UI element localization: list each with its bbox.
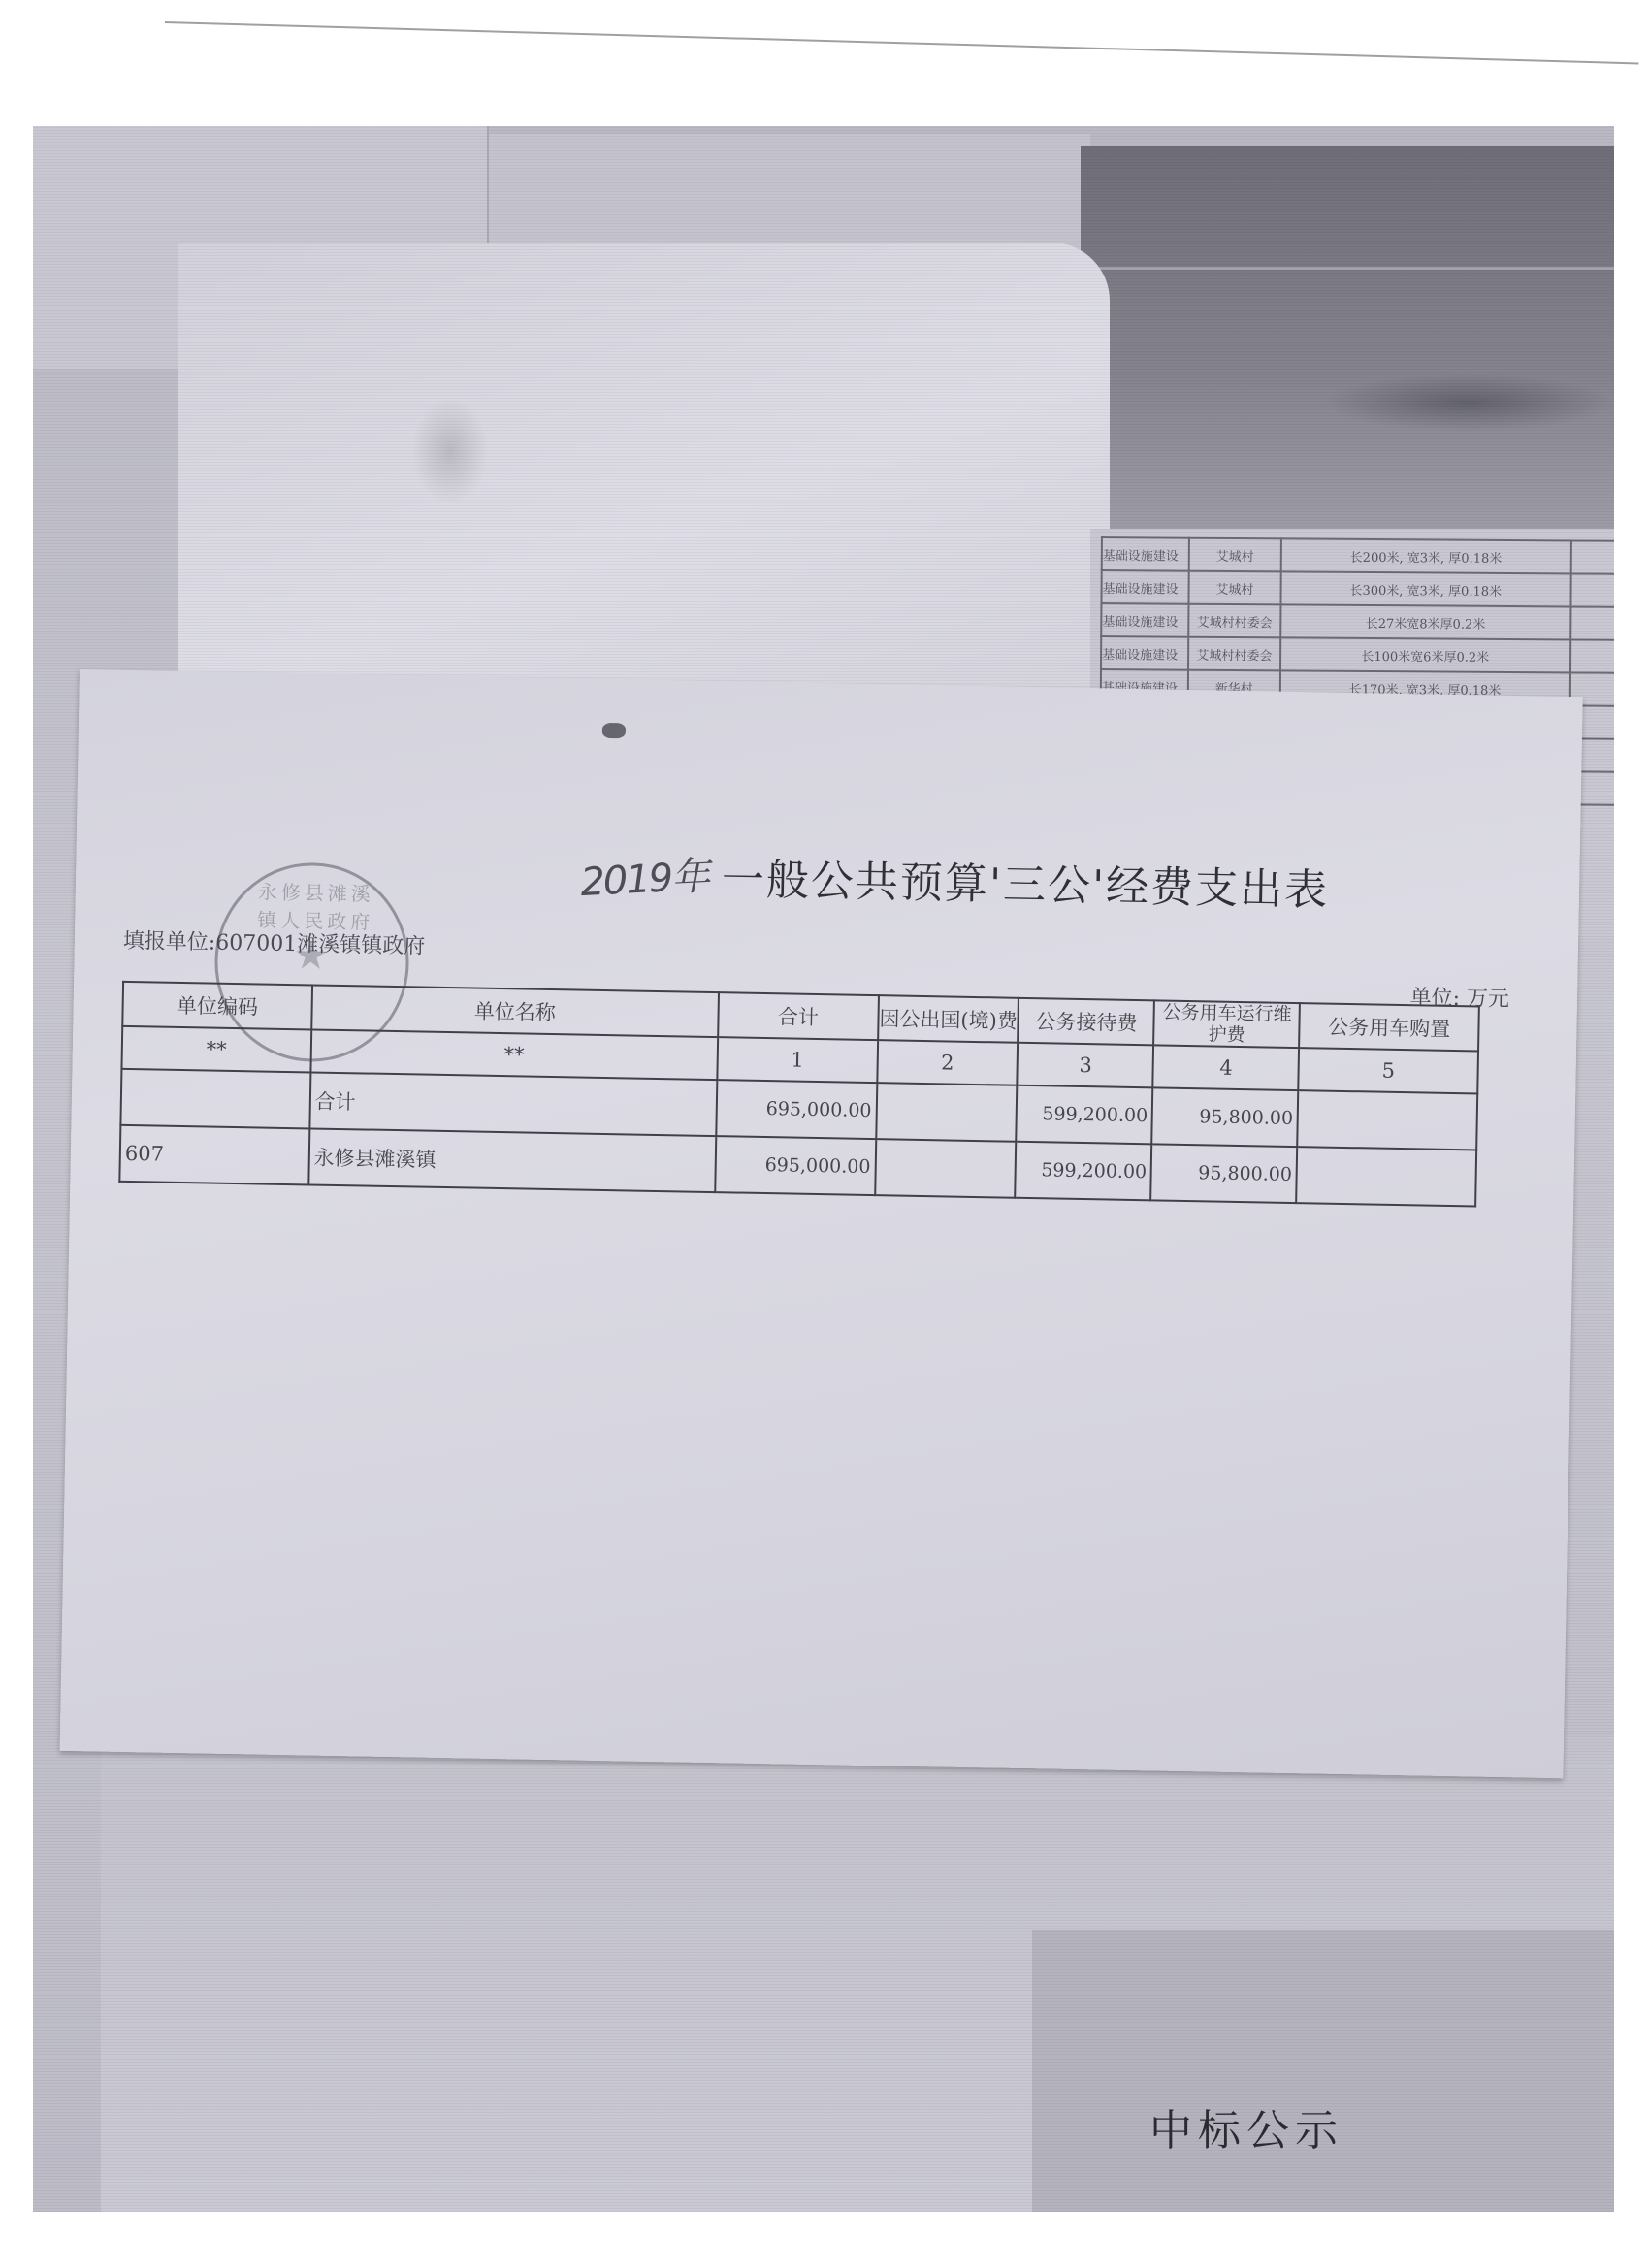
budget-document-sheet: 永修县滩溪镇人民政府 ★ 2019年 一般公共预算'三公'经费支出表 填报单位:… — [60, 669, 1583, 1778]
cell-car-purchase — [1298, 1090, 1478, 1150]
village-table-cell — [1570, 573, 1614, 607]
cell-car-operation: 95,800.00 — [1152, 1087, 1299, 1147]
header-unit-code: 单位编码 — [122, 982, 311, 1030]
reporting-unit: 填报单位:607001滩溪镇镇政府 — [123, 924, 426, 960]
cell-abroad — [875, 1139, 1017, 1198]
village-table-cell: 艾城村村委会 — [1188, 604, 1280, 638]
tape-mark — [602, 723, 626, 738]
village-table-row: 基础设施建设艾城村村委会长100米宽6米厚0.2米 — [1101, 636, 1614, 673]
village-table-cell: 艾城村 — [1189, 538, 1281, 572]
village-table-row: 基础设施建设艾城村长300米, 宽3米, 厚0.18米 — [1101, 570, 1614, 607]
three-public-expenditure-table: 单位编码 单位名称 合计 因公出国(境)费 公务接待费 公务用车运行维护费 公务… — [118, 981, 1480, 1208]
cell-car-purchase — [1296, 1147, 1476, 1206]
scan-paper-edge — [165, 21, 1638, 64]
cell-name: 永修县滩溪镇 — [308, 1128, 716, 1192]
village-table-cell: 艾城村村委会 — [1188, 637, 1280, 671]
dark-wall-area — [1081, 146, 1614, 563]
header-car-operation: 公务用车运行维护费 — [1154, 1000, 1301, 1048]
cell-abroad — [876, 1083, 1018, 1142]
village-table-cell: 基础设施建设 — [1101, 603, 1188, 637]
header-reception: 公务接待费 — [1018, 998, 1155, 1046]
village-table-row: 基础设施建设艾城村长200米, 宽3米, 厚0.18米 — [1102, 537, 1614, 574]
village-table-cell: 长300米, 宽3米, 厚0.18米 — [1280, 571, 1570, 606]
cell-total: 695,000.00 — [715, 1136, 876, 1195]
index-cell: 4 — [1153, 1045, 1300, 1090]
village-table-cell: 长100米宽6米厚0.2米 — [1280, 637, 1570, 672]
village-table-cell — [1570, 639, 1614, 673]
village-table-cell: 长200米, 宽3米, 厚0.18米 — [1280, 538, 1570, 573]
tender-notice-heading: 中标公示 — [1149, 2095, 1343, 2157]
document-title-row: 2019年 一般公共预算'三公'经费支出表 — [580, 842, 1330, 918]
handwritten-year: 2019年 — [579, 845, 710, 907]
cell-car-operation: 95,800.00 — [1151, 1144, 1298, 1203]
header-total: 合计 — [718, 992, 879, 1040]
wall-rail — [1081, 267, 1614, 270]
village-table-cell — [1570, 606, 1614, 640]
index-cell: 3 — [1018, 1043, 1154, 1088]
index-cell: ** — [121, 1026, 310, 1073]
village-table-cell: 基础设施建设 — [1101, 636, 1188, 670]
village-table-cell — [1570, 540, 1614, 574]
cell-total: 695,000.00 — [716, 1080, 877, 1139]
wall-stain — [1323, 373, 1614, 432]
header-abroad: 因公出国(境)费 — [878, 995, 1019, 1043]
cell-reception: 599,200.00 — [1017, 1085, 1153, 1145]
sheet-smudge — [411, 398, 489, 504]
lower-right-background-sheet — [1032, 1930, 1614, 2212]
index-cell: ** — [310, 1029, 718, 1080]
index-cell: 5 — [1299, 1048, 1478, 1093]
village-table-cell: 长27米宽8米厚0.2米 — [1280, 604, 1570, 639]
document-title: 一般公共预算'三公'经费支出表 — [721, 844, 1329, 917]
village-table-row: 基础设施建设艾城村村委会长27米宽8米厚0.2米 — [1101, 603, 1614, 640]
header-unit-name: 单位名称 — [311, 985, 719, 1037]
cell-code — [120, 1069, 310, 1129]
header-car-purchase: 公务用车购置 — [1299, 1003, 1478, 1051]
cell-reception: 599,200.00 — [1016, 1142, 1152, 1201]
index-cell: 2 — [877, 1040, 1018, 1085]
seal-text: 永修县滩溪镇人民政府 — [252, 876, 379, 934]
village-table-cell: 基础设施建设 — [1102, 537, 1189, 571]
village-table-cell: 艾城村 — [1188, 571, 1280, 605]
village-table-cell: 基础设施建设 — [1101, 570, 1188, 604]
index-cell: 1 — [717, 1037, 878, 1083]
cell-code: 607 — [119, 1125, 309, 1185]
cell-name: 合计 — [309, 1072, 717, 1136]
